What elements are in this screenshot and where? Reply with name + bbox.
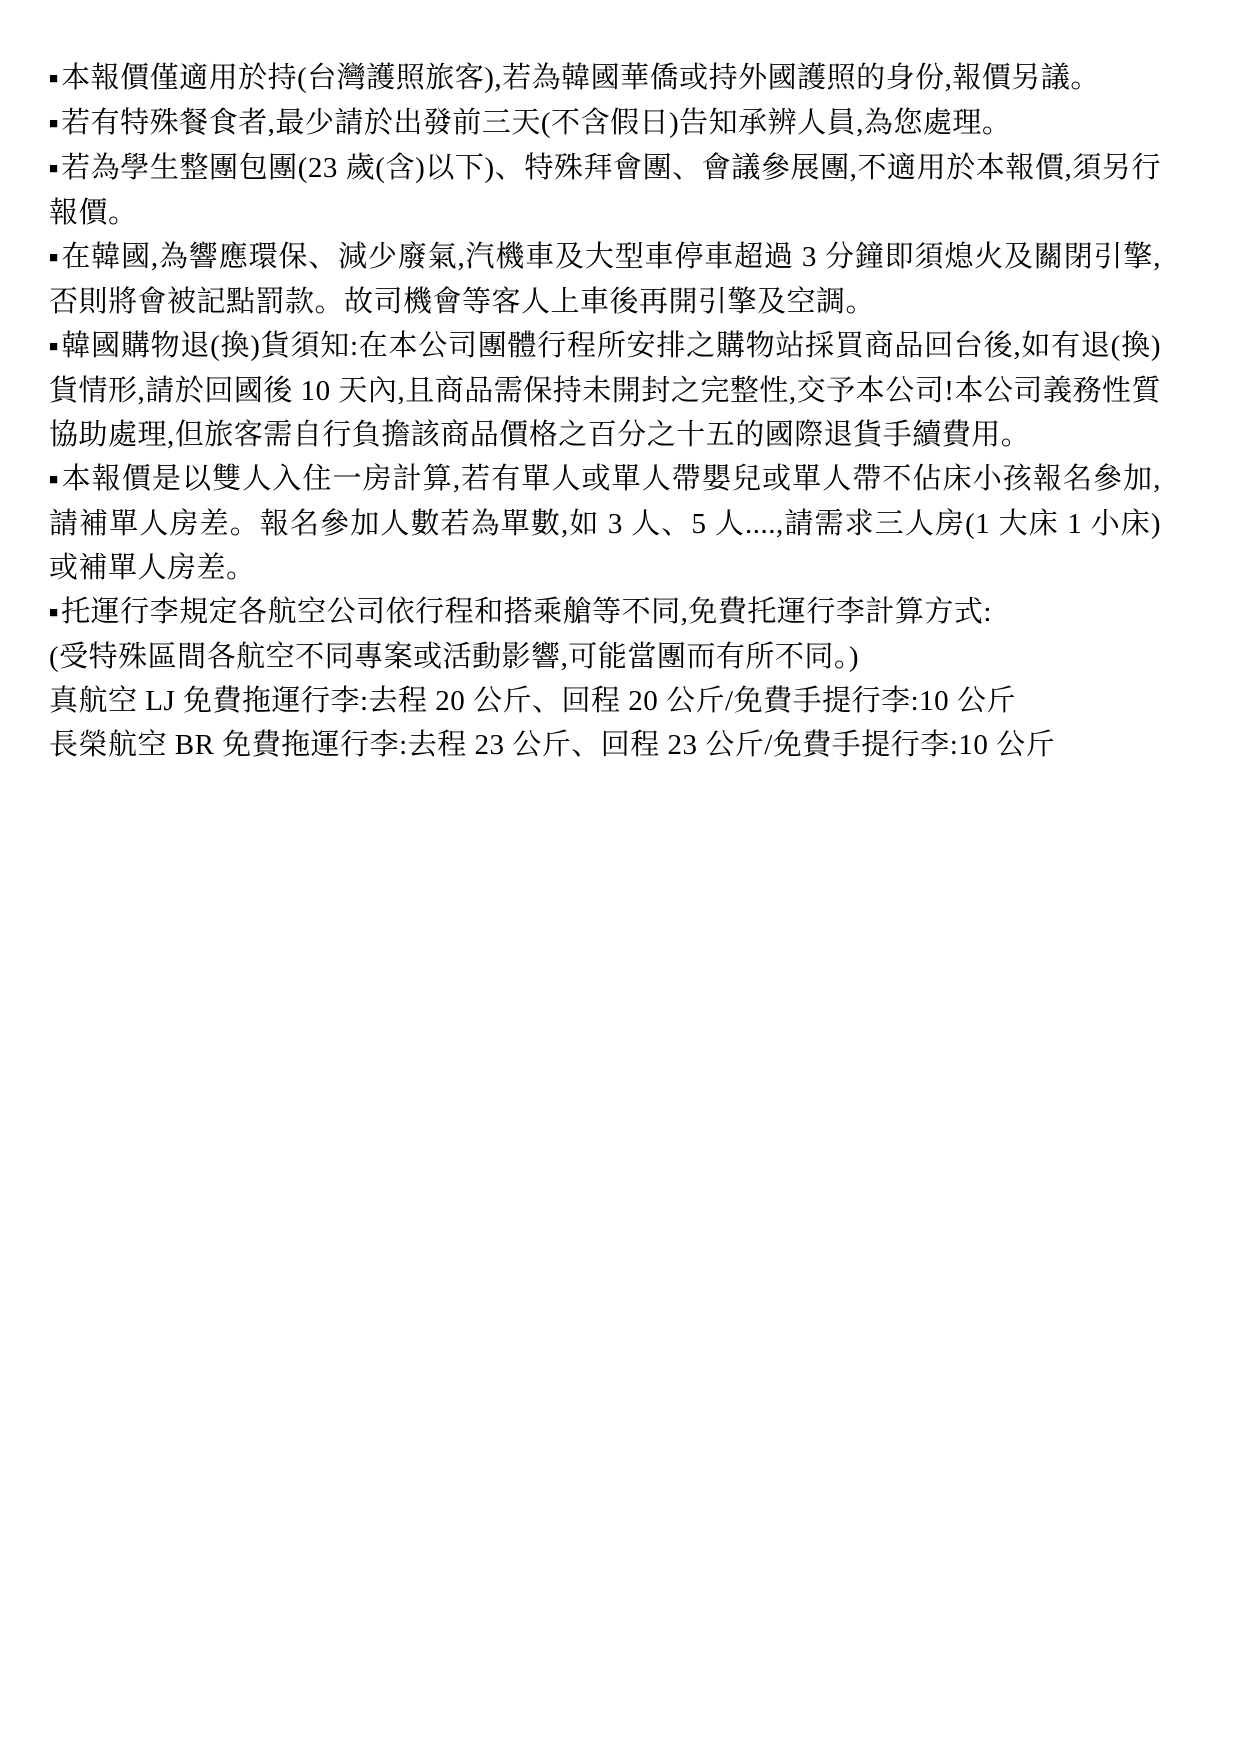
notice-text: 長榮航空 BR 免費拖運行李:去程 23 公斤、回程 23 公斤/免費手提行李:… [49, 729, 1055, 761]
notice-text: 若有特殊餐食者,最少請於出發前三天(不含假日)告知承辨人員,為您處理。 [61, 107, 1011, 139]
square-bullet-icon: ■ [49, 161, 58, 177]
notice-text: 本報價是以雙人入住一房計算,若有單人或單人帶嬰兒或單人帶不佔床小孩報名參加,請補… [49, 463, 1161, 584]
notice-special-meals: ■若有特殊餐食者,最少請於出發前三天(不含假日)告知承辨人員,為您處理。 [49, 101, 1161, 146]
notice-text: 在韓國,為響應環保、減少廢氣,汽機車及大型車停車超過 3 分鐘即須熄火及關閉引擎… [49, 241, 1161, 318]
notice-text: 韓國購物退(換)貨須知:在本公司團體行程所安排之購物站採買商品回台後,如有退(換… [49, 330, 1161, 451]
notice-text: 本報價僅適用於持(台灣護照旅客),若為韓國華僑或持外國護照的身份,報價另議。 [61, 62, 1100, 94]
notice-jinair-baggage: 真航空 LJ 免費拖運行李:去程 20 公斤、回程 20 公斤/免費手提行李:1… [49, 679, 1161, 723]
notice-evaair-baggage: 長榮航空 BR 免費拖運行李:去程 23 公斤、回程 23 公斤/免費手提行李:… [49, 723, 1161, 767]
notice-text: 真航空 LJ 免費拖運行李:去程 20 公斤、回程 20 公斤/免費手提行李:1… [49, 685, 1016, 717]
notice-korea-shopping-return: ■韓國購物退(換)貨須知:在本公司團體行程所安排之購物站採買商品回台後,如有退(… [49, 324, 1161, 457]
square-bullet-icon: ■ [49, 605, 58, 621]
notice-baggage-disclaimer: (受特殊區間各航空不同專案或活動影響,可能當團而有所不同。) [49, 635, 1161, 679]
document-page: ■本報價僅適用於持(台灣護照旅客),若為韓國華僑或持外國護照的身份,報價另議。 … [0, 0, 1241, 767]
notice-student-groups: ■若為學生整團包團(23 歲(含)以下)、特殊拜會團、會議參展團,不適用於本報價… [49, 146, 1161, 235]
notice-double-occupancy: ■本報價是以雙人入住一房計算,若有單人或單人帶嬰兒或單人帶不佔床小孩報名參加,請… [49, 457, 1161, 590]
square-bullet-icon: ■ [49, 250, 58, 266]
square-bullet-icon: ■ [49, 472, 59, 488]
notice-passport-quote: ■本報價僅適用於持(台灣護照旅客),若為韓國華僑或持外國護照的身份,報價另議。 [49, 56, 1161, 101]
notice-text: 托運行李規定各航空公司依行程和搭乘艙等不同,免費托運行李計算方式: [61, 596, 992, 628]
square-bullet-icon: ■ [49, 71, 58, 87]
notice-korea-idle-engine: ■在韓國,為響應環保、減少廢氣,汽機車及大型車停車超過 3 分鐘即須熄火及關閉引… [49, 235, 1161, 324]
notice-baggage-rules: ■托運行李規定各航空公司依行程和搭乘艙等不同,免費托運行李計算方式: [49, 590, 1161, 635]
notice-text: 若為學生整團包團(23 歲(含)以下)、特殊拜會團、會議參展團,不適用於本報價,… [49, 152, 1161, 229]
square-bullet-icon: ■ [49, 116, 58, 132]
square-bullet-icon: ■ [49, 339, 58, 355]
notice-text: (受特殊區間各航空不同專案或活動影響,可能當團而有所不同。) [49, 641, 859, 673]
